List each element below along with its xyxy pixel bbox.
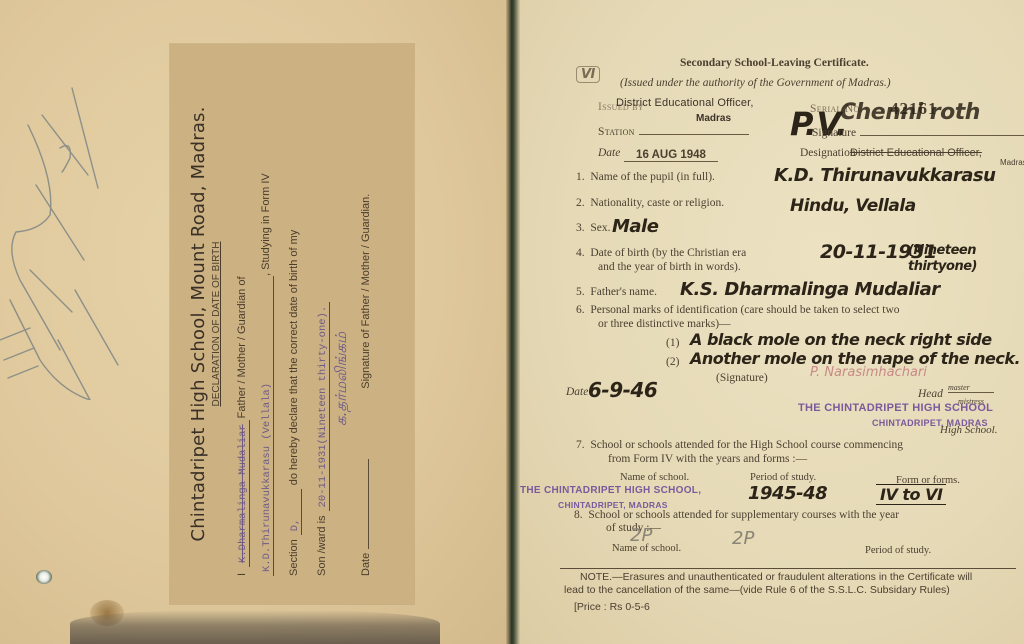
high-school-text: High School.: [940, 424, 997, 436]
form-mark: VI: [576, 66, 600, 83]
declaration-line-3: Section D, do hereby declare that the co…: [288, 72, 302, 576]
sex-value: Male: [612, 216, 658, 237]
issued-by-place: Madras: [696, 113, 731, 124]
item-6-line2: or three distinctive marks)—: [598, 318, 731, 330]
relation-options: Father / Mother / Guardian of: [236, 276, 248, 418]
son-label: Son /ward is: [316, 515, 328, 576]
item-8: 8. School or schools attended for supple…: [574, 509, 899, 521]
mark-1-num: (1): [666, 337, 679, 349]
designation-place: Madras: [1000, 158, 1024, 167]
book-spine: [506, 0, 520, 644]
school-stamp-line1: THE CHINTADRIPET HIGH SCHOOL: [798, 402, 993, 414]
head-master: master: [948, 383, 994, 393]
item-6: 6. Personal marks of identification (car…: [576, 304, 900, 316]
declaration-line-1: I K.Dharmalinga Mudaliar Father / Mother…: [236, 72, 250, 576]
signature-caption: (Signature): [716, 372, 768, 384]
item-5: 5. Father's name.: [576, 286, 657, 298]
section-label: Section: [288, 539, 300, 576]
designation-value: District Educational Officer,: [850, 147, 982, 159]
right-page: Secondary School-Leaving Certificate. VI…: [520, 0, 1024, 644]
declaration-content: Chintadripet High School, Mount Road, Ma…: [176, 54, 408, 594]
certificate-title: Secondary School-Leaving Certificate.: [680, 57, 869, 69]
item-2: 2. Nationality, caste or religion.: [576, 197, 724, 209]
certificate-subtitle: (Issued under the authority of the Gover…: [620, 77, 891, 89]
guardian-signature-label: Signature of Father / Mother / Guardian.: [360, 194, 372, 389]
note-line1: NOTE.—Erasures and unauthenticated or fr…: [580, 571, 972, 583]
col-school-header: Name of school.: [620, 472, 689, 483]
price: [Price : Rs 0-5-6: [574, 601, 650, 613]
school-row-stamp1: THE CHINTADRIPET HIGH SCHOOL,: [520, 485, 701, 496]
declaration-line-2: K.D.Thirunavukkarasu (Vellala) , Studyin…: [260, 72, 274, 576]
water-stain: [70, 610, 440, 644]
date-blank: [368, 459, 369, 549]
station-label: Station: [598, 126, 749, 138]
head-label: Head: [918, 388, 943, 400]
dob-words: (Nineteen thirtyone): [908, 243, 1018, 275]
sign-date-label: Date: [566, 386, 588, 398]
pencil-mark-2p-b: 2P: [732, 528, 754, 549]
period-value: 1945-48: [748, 483, 827, 504]
designation-label: Designation: [800, 147, 856, 159]
issue-date-value: 16 AUG 1948: [624, 149, 718, 162]
pencil-scribble-marks: [0, 60, 170, 400]
mark-2-num: (2): [666, 356, 679, 368]
sslc-certificate: Secondary School-Leaving Certificate. VI…: [520, 0, 1024, 644]
note-divider: [560, 568, 1016, 569]
declare-text: do hereby declare that the correct date …: [288, 230, 300, 486]
paper-hole: [36, 570, 52, 584]
declaration-school-heading: Chintadripet High School, Mount Road, Ma…: [188, 72, 209, 576]
dob-typed: 20-11-1931(Nineteen thirty-one).: [317, 302, 330, 512]
note-line2: lead to the cancellation of the same—(vi…: [564, 584, 950, 596]
declarant-name: K.Dharmalinga Mudaliar: [237, 420, 250, 567]
issue-date-label: Date: [598, 147, 620, 159]
date-label: Date: [360, 553, 372, 576]
pink-signature: P. Narasimhachari: [810, 365, 927, 380]
col8-school-header: Name of school.: [612, 543, 681, 554]
pupil-name-value: K.D. Thirunavukkarasu: [774, 165, 995, 186]
col8-period-header: Period of study.: [865, 545, 931, 556]
item-4: 4. Date of birth (by the Christian era: [576, 247, 746, 259]
studying-text: , Studying in Form IV: [260, 173, 272, 276]
declaration-i: I: [236, 573, 248, 576]
sign-date-value: 6-9-46: [588, 378, 657, 402]
col-period-header: Period of study.: [750, 472, 816, 483]
forms-value: IV to VI: [876, 484, 946, 505]
tamil-signature: க.தர்மலிங்கம்: [332, 72, 352, 426]
declaration-subtitle: DECLARATION OF DATE OF BIRTH: [211, 72, 222, 576]
section-value: D,: [289, 489, 302, 535]
signature-field: Signature: [812, 127, 1024, 139]
mark-1-value: A black mole on the neck right side: [690, 330, 992, 349]
declaration-card: Chintadripet High School, Mount Road, Ma…: [170, 44, 414, 604]
item-4-line2: and the year of birth in words).: [598, 261, 741, 273]
issued-by-value: District Educational Officer,: [616, 97, 754, 109]
item-3: 3. Sex.: [576, 222, 611, 234]
left-page: Chintadripet High School, Mount Road, Ma…: [0, 0, 506, 644]
declaration-line-5: Date Signature of Father / Mother / Guar…: [360, 72, 372, 576]
serial-handwritten: Chenni roth: [840, 100, 980, 125]
religion-value: Hindu, Vellala: [790, 196, 916, 216]
father-name-value: K.S. Dharmalinga Mudaliar: [680, 279, 940, 300]
ward-name: K.D.Thirunavukkarasu (Vellala): [261, 276, 274, 576]
declaration-line-4: Son /ward is 20-11-1931(Nineteen thirty-…: [316, 72, 330, 576]
item-7-line2: from Form IV with the years and forms :—: [608, 453, 807, 465]
item-7: 7. School or schools attended for the Hi…: [576, 439, 903, 451]
item-1: 1. Name of the pupil (in full).: [576, 171, 715, 183]
